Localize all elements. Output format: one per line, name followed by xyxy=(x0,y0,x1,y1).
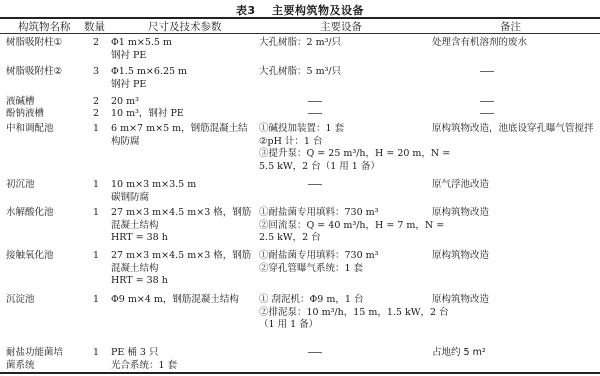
dash xyxy=(308,184,322,185)
row-name: 接触氧化池 xyxy=(6,250,54,263)
row-name: 水解酸化池 xyxy=(6,207,54,220)
header-rule xyxy=(0,33,600,34)
row-note: 原气浮池改造 xyxy=(432,179,489,192)
table-number: 表3 xyxy=(236,4,256,17)
row-equipment: 2.5 kW，2 台 xyxy=(259,232,321,245)
row-note xyxy=(480,96,494,109)
table-title: 表3 主要构筑物及设备 xyxy=(0,2,600,18)
row-equipment: 大孔树脂：2 m³/只 xyxy=(259,37,341,50)
row-spec: 构防腐 xyxy=(111,136,140,149)
row-equipment: ③提升泵：Q = 25 m³/h，H = 20 m，N = xyxy=(259,148,450,161)
row-name: 中和调配池 xyxy=(6,123,54,136)
row-qty: 2 xyxy=(91,37,101,50)
row-spec: Φ9 m×4 m，钢筋混凝土结构 xyxy=(111,294,239,307)
row-note: 原构筑物改造 xyxy=(432,250,489,263)
row-equipment: 5.5 kW，2 台（1 用 1 备） xyxy=(259,161,380,174)
row-equipment: 大孔树脂：5 m³/只 xyxy=(259,66,341,79)
row-spec: 混凝土结构 xyxy=(111,263,159,276)
row-spec: Φ1 m×5.5 m xyxy=(111,37,172,50)
row-qty: 1 xyxy=(91,207,101,220)
row-note: 处理含有机溶剂的废水 xyxy=(432,37,527,50)
row-qty: 1 xyxy=(91,250,101,263)
row-spec: HRT = 38 h xyxy=(111,232,168,245)
row-qty: 3 xyxy=(91,66,101,79)
header-spec: 尺寸及技术参数 xyxy=(148,19,222,34)
row-equipment: ①碱投加装置：1 套 xyxy=(259,123,344,136)
dash xyxy=(308,113,322,114)
row-equipment: ②pH 计：1 台 xyxy=(259,136,322,149)
row-note xyxy=(480,108,494,121)
header-qty: 数量 xyxy=(84,19,105,34)
row-spec: 钢衬 PE xyxy=(111,79,146,92)
row-spec: 10 m³，钢衬 PE xyxy=(111,108,184,121)
row-equipment: ②回流泵：Q = 40 m³/h，H = 7 m，N = xyxy=(259,220,444,233)
row-equipment: ②排泥泵：10 m³/h，15 m，1.5 kW，2 台 xyxy=(259,307,449,320)
row-name: 酚钠液槽 xyxy=(6,108,44,121)
row-note xyxy=(480,66,494,79)
row-name: 初沉池 xyxy=(6,179,35,192)
row-name: 沉淀池 xyxy=(6,294,35,307)
row-name: 耐盐功能菌培 xyxy=(6,347,63,360)
row-spec: 6 m×7 m×5 m，钢筋混凝土结 xyxy=(111,123,248,136)
row-spec: 27 m×3 m×4.5 m×3 格，钢筋 xyxy=(111,250,251,263)
dash xyxy=(480,101,494,102)
header-equipment: 主要设备 xyxy=(320,19,362,34)
row-qty: 1 xyxy=(91,179,101,192)
header-note: 备注 xyxy=(500,19,521,34)
dash xyxy=(308,101,322,102)
row-equipment: ①耐盐菌专用填料：730 m³ xyxy=(259,207,378,220)
row-name: 树脂吸附柱① xyxy=(6,37,62,50)
header-name: 构筑物名称 xyxy=(18,19,71,34)
row-spec: 20 m³ xyxy=(111,96,139,109)
row-spec: HRT = 38 h xyxy=(111,275,168,288)
row-qty: 1 xyxy=(91,123,101,136)
dash xyxy=(480,113,494,114)
row-equipment: ②穿孔管曝气系统：1 套 xyxy=(259,263,363,276)
row-spec: 27 m×3 m×4.5 m×3 格，钢筋 xyxy=(111,207,251,220)
row-name: 液碱槽 xyxy=(6,96,35,109)
row-equipment xyxy=(308,96,322,109)
row-equipment xyxy=(308,179,322,192)
dash xyxy=(308,352,322,353)
row-note: 原构筑物改造 xyxy=(432,294,489,307)
row-equipment: ①耐盐菌专用填料：730 m³ xyxy=(259,250,378,263)
row-equipment: （1 用 1 备） xyxy=(259,319,318,332)
bottom-rule xyxy=(0,372,600,374)
row-spec: Φ1.5 m×6.25 m xyxy=(111,66,187,79)
row-note: 原构筑物改造，池底设穿孔曝气管搅拌 xyxy=(432,123,594,136)
row-qty: 1 xyxy=(91,294,101,307)
row-spec: 10 m×3 m×3.5 m xyxy=(111,179,196,192)
row-equipment xyxy=(308,108,322,121)
row-equipment: ① 刮泥机：Φ9 m，1 台 xyxy=(259,294,363,307)
row-qty: 2 xyxy=(91,96,101,109)
row-spec: 混凝土结构 xyxy=(111,220,159,233)
row-spec: 钢衬 PE xyxy=(111,50,146,63)
row-spec: 碳钢防腐 xyxy=(111,192,149,205)
row-name: 菌系统 xyxy=(6,360,35,373)
table-caption: 主要构筑物及设备 xyxy=(272,4,364,17)
row-name: 树脂吸附柱② xyxy=(6,66,62,79)
row-qty: 2 xyxy=(91,108,101,121)
row-note: 原构筑物改造 xyxy=(432,207,489,220)
dash xyxy=(480,71,494,72)
row-spec: PE 桶 3 只 xyxy=(111,347,158,360)
row-qty: 1 xyxy=(91,347,101,360)
row-note: 占地约 5 m² xyxy=(432,347,486,360)
row-spec: 光合系统：1 套 xyxy=(111,360,177,373)
row-equipment xyxy=(308,347,322,360)
